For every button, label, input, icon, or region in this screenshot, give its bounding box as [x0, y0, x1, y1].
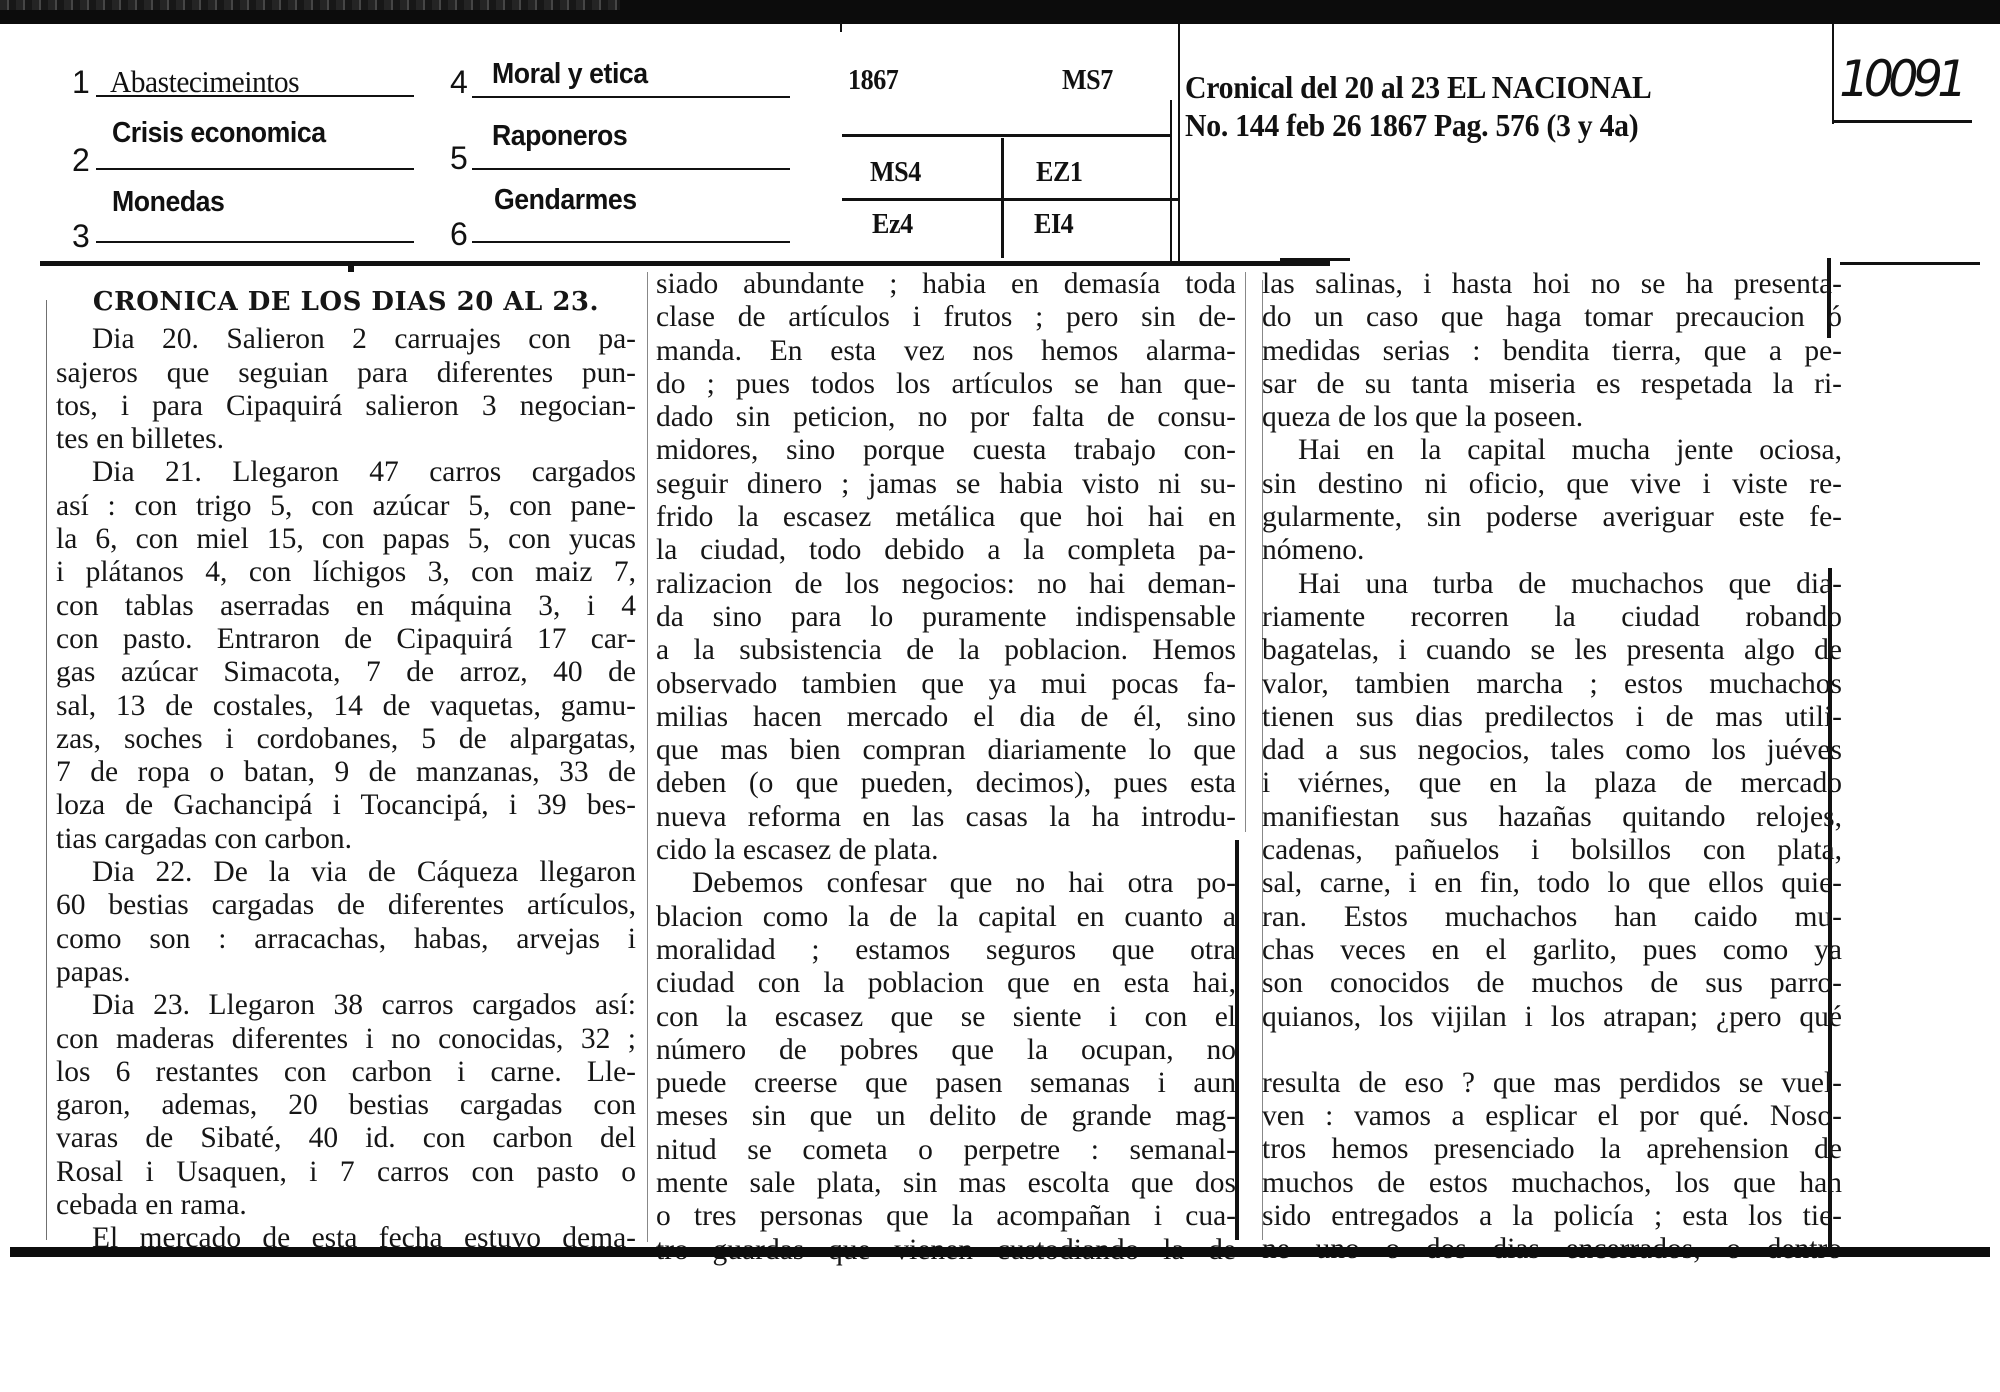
text-line: papas. [56, 956, 636, 989]
column-text: Dia 20. Salieron 2 carruajes con pa-saje… [56, 323, 636, 1255]
category-label: Gendarmes [494, 184, 637, 217]
text-line: moralidad ; estamos seguros que otra [656, 934, 1236, 967]
text-line: meses sin que un delito de grande mag- [656, 1100, 1236, 1133]
category-number: 2 [72, 142, 90, 179]
text-line: tes en billetes. [56, 423, 636, 456]
text-line: con tablas aserradas en máquina 3, i 4 [56, 590, 636, 623]
text-line: gas azúcar Simacota, 7 de arroz, 40 de [56, 656, 636, 689]
text-line: o tres personas que la acompañan i cua- [656, 1200, 1236, 1233]
id-box-border [1832, 24, 1834, 124]
text-line: Dia 20. Salieron 2 carruajes con pa- [56, 323, 636, 356]
category-number: 6 [450, 216, 468, 253]
text-line: sar de su tanta miseria es respetada la … [1262, 368, 1842, 401]
text-line: siado abundante ; habia en demasía toda [656, 268, 1236, 301]
text-line: ralizacion de los negocios: no hai deman… [656, 568, 1236, 601]
category-number: 4 [450, 64, 468, 101]
text-line: con pasto. Entraron de Cipaquirá 17 car- [56, 623, 636, 656]
text-line: varas de Sibaté, 40 id. con carbon del [56, 1122, 636, 1155]
text-line: tros hemos presenciado la aprehension de [1262, 1133, 1842, 1166]
text-line: tos, i para Cipaquirá salieron 3 negocia… [56, 390, 636, 423]
section-rule [40, 261, 1330, 266]
text-line: las salinas, i hasta hoi no se ha presen… [1262, 268, 1842, 301]
text-line: bagatelas, i cuando se les presenta algo… [1262, 634, 1842, 667]
category-underline [96, 95, 414, 97]
code-ez4: Ez4 [872, 208, 913, 241]
text-line: dado sin peticion, no por falta de consu… [656, 401, 1236, 434]
grid-rule [842, 134, 1172, 137]
text-line: 60 bestias cargadas de diferentes artícu… [56, 889, 636, 922]
text-line: con maderas diferentes i no conocidas, 3… [56, 1023, 636, 1056]
column-text: las salinas, i hasta hoi no se ha presen… [1262, 268, 1842, 1267]
column-divider [1245, 272, 1246, 832]
text-line: midores, sino porque cuesta trabajo con- [656, 434, 1236, 467]
code-ms7: MS7 [1062, 64, 1113, 97]
text-line: 7 de ropa o batan, 9 de manzanas, 33 de [56, 756, 636, 789]
category-label: Crisis economica [112, 117, 326, 150]
text-line: Hai en la capital mucha jente ociosa, [1262, 434, 1842, 467]
text-line: cadenas, pañuelos i bolsillos con plata, [1262, 834, 1842, 867]
text-line: muchos de estos muchachos, los que han [1262, 1167, 1842, 1200]
year-label: 1867 [848, 64, 898, 97]
text-line: Debemos confesar que no hai otra po- [656, 867, 1236, 900]
text-line: cebada en rama. [56, 1189, 636, 1222]
text-line: loza de Gachancipá i Tocancipá, i 39 bes… [56, 789, 636, 822]
text-line: sin destino ni oficio, que vive i viste … [1262, 468, 1842, 501]
text-line: sajeros que seguian para diferentes pun- [56, 357, 636, 390]
text-line: quianos, los vijilan i los atrapan; ¿per… [1262, 1001, 1842, 1034]
text-line: como son : arracachas, habas, arvejas i [56, 923, 636, 956]
text-line: riamente recorren la ciudad robando [1262, 601, 1842, 634]
text-line: observado tambien que ya mui pocas fa- [656, 668, 1236, 701]
section-rule [1840, 262, 1980, 265]
text-line: do un caso que haga tomar precaucion ó [1262, 301, 1842, 334]
category-number: 5 [450, 140, 468, 177]
handwritten-archive-id: 10091 [1839, 50, 1962, 108]
text-line: ciudad con la poblacion que en esta hai, [656, 967, 1236, 1000]
text-line [1262, 1034, 1842, 1067]
text-line: sal, 13 de costales, 14 de vaquetas, gam… [56, 690, 636, 723]
text-line: son conocidos de muchos de sus parro- [1262, 967, 1842, 1000]
category-underline [472, 168, 790, 170]
text-line: a la subsistencia de la poblacion. Hemos [656, 634, 1236, 667]
citation-line-1: Cronical del 20 al 23 EL NACIONAL [1185, 68, 1651, 106]
text-line: valor, tambien marcha ; estos muchachos [1262, 668, 1842, 701]
source-citation: Cronical del 20 al 23 EL NACIONAL No. 14… [1185, 68, 1651, 144]
text-line: milias hacen mercado el dia de él, sino [656, 701, 1236, 734]
text-line: da sino para lo puramente indispensable [656, 601, 1236, 634]
text-line: con la escasez que se siente i con el [656, 1001, 1236, 1034]
text-line: Dia 21. Llegaron 47 carros cargados [56, 456, 636, 489]
section-rule [1280, 258, 1350, 261]
scan-bottom-border [10, 1247, 1990, 1257]
text-line: queza de los que la poseen. [1262, 401, 1842, 434]
category-number: 1 [72, 64, 90, 101]
category-label: Moral y etica [492, 58, 648, 91]
text-line: seguir dinero ; jamas se habia visto ni … [656, 468, 1236, 501]
text-line: i viérnes, que en la plaza de mercado [1262, 767, 1842, 800]
text-line: que mas bien compran diariamente lo que [656, 734, 1236, 767]
article-column-2: siado abundante ; habia en demasía todac… [656, 268, 1236, 1267]
code-ez1: EZ1 [1036, 156, 1083, 189]
text-line: número de pobres que la ocupan, no [656, 1034, 1236, 1067]
category-label: Raponeros [492, 120, 627, 153]
text-line: nómeno. [1262, 534, 1842, 567]
text-line: la ciudad, todo debido a la completa pa- [656, 534, 1236, 567]
text-line: do ; pues todos los artículos se han que… [656, 368, 1236, 401]
text-line: i plátanos 4, con líchigos 3, con maiz 7… [56, 556, 636, 589]
code-ei4: EI4 [1034, 208, 1073, 241]
text-line: manda. En esta vez nos hemos alarma- [656, 335, 1236, 368]
category-underline [96, 168, 414, 170]
text-line: manifiestan sus hazañas quitando relojes… [1262, 801, 1842, 834]
article-column-3: las salinas, i hasta hoi no se ha presen… [1262, 268, 1842, 1267]
tick-mark [840, 22, 842, 32]
column-edge [46, 300, 47, 1240]
text-line: dad a sus negocios, tales como los juéve… [1262, 734, 1842, 767]
text-line: los 6 restantes con carbon i carne. Lle- [56, 1056, 636, 1089]
text-line: sido entregados a la policía ; esta los … [1262, 1200, 1842, 1233]
text-line: ven : vamos a esplicar el por qué. Noso- [1262, 1100, 1842, 1133]
scan-noise [0, 0, 620, 10]
text-line: Hai una turba de muchachos que dia- [1262, 568, 1842, 601]
category-underline [96, 241, 414, 243]
text-line: garon, ademas, 20 bestias cargadas con [56, 1089, 636, 1122]
citation-left-border [1178, 24, 1180, 264]
code-ms4: MS4 [870, 156, 921, 189]
column-text: siado abundante ; habia en demasía todac… [656, 268, 1236, 1267]
text-line: sal, carne, i en fin, todo lo que ellos … [1262, 867, 1842, 900]
text-line: ran. Estos muchachos han caido mu- [1262, 901, 1842, 934]
text-line: chas veces en el garlito, pues como ya [1262, 934, 1842, 967]
text-line: mente sale plata, sin mas escolta que do… [656, 1167, 1236, 1200]
text-line: zas, soches i cordobanes, 5 de alpargata… [56, 723, 636, 756]
text-line: puede creerse que pasen semanas i aun [656, 1067, 1236, 1100]
text-line: Rosal i Usaquen, i 7 carros con pasto o [56, 1156, 636, 1189]
text-line: cido la escasez de plata. [656, 834, 1236, 867]
text-line: la 6, con miel 15, con papas 5, con yuca… [56, 523, 636, 556]
category-number: 3 [72, 218, 90, 255]
citation-line-2: No. 144 feb 26 1867 Pag. 576 (3 y 4a) [1185, 106, 1651, 144]
text-line: tias cargadas con carbon. [56, 823, 636, 856]
grid-right-border [1170, 100, 1172, 262]
grid-rule [842, 198, 1178, 201]
category-underline [472, 96, 790, 98]
column-divider [647, 272, 648, 1242]
text-line: nitud se cometa o perpetre : semanal- [656, 1134, 1236, 1167]
text-line: gularmente, sin poderse averiguar este f… [1262, 501, 1842, 534]
article-column-1: CRONICA DE LOS DIAS 20 AL 23. Dia 20. Sa… [56, 286, 636, 1256]
text-line: tienen sus dias predilectos i de mas uti… [1262, 701, 1842, 734]
text-line: medidas serias : bendita tierra, que a p… [1262, 335, 1842, 368]
text-line: así : con trigo 5, con azúcar 5, con pan… [56, 490, 636, 523]
text-line: frido la escasez metálica que hoi hai en [656, 501, 1236, 534]
text-line: resulta de eso ? que mas perdidos se vue… [1262, 1067, 1842, 1100]
text-line: Dia 23. Llegaron 38 carros cargados así: [56, 989, 636, 1022]
scan-mark [348, 262, 354, 272]
category-underline [472, 241, 790, 243]
category-label: Monedas [112, 186, 224, 219]
text-line: nueva reforma en las casas la ha introdu… [656, 801, 1236, 834]
text-line: blacion como la de la capital en cuanto … [656, 901, 1236, 934]
text-line: clase de artículos i frutos ; pero sin d… [656, 301, 1236, 334]
text-line: deben (o que pueden, decimos), pues esta [656, 767, 1236, 800]
text-line: Dia 22. De la via de Cáqueza llegaron [56, 856, 636, 889]
article-headline: CRONICA DE LOS DIAS 20 AL 23. [56, 286, 636, 319]
id-box-border [1832, 120, 1972, 123]
scan-top-border [0, 0, 2000, 24]
